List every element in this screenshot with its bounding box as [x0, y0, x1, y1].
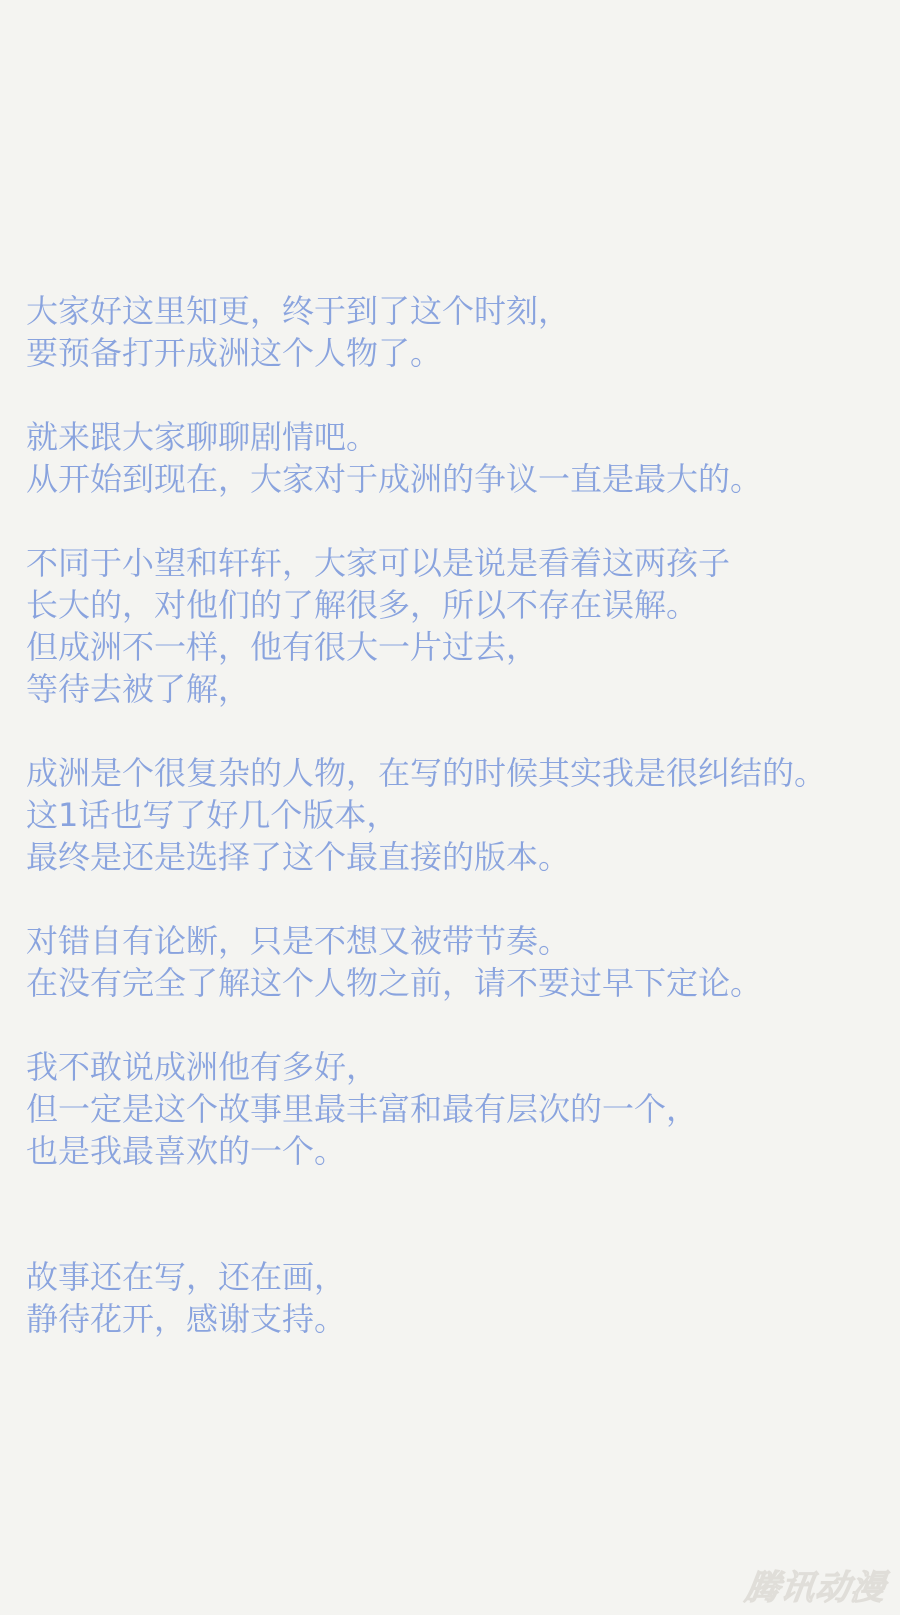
afterword-line: 要预备打开成洲这个人物了。 — [26, 332, 880, 374]
afterword-line: 长大的，对他们的了解很多，所以不存在误解。 — [26, 584, 880, 626]
afterword-line: 这1话也写了好几个版本， — [26, 794, 880, 836]
afterword-line: 不同于小望和轩轩，大家可以是说是看着这两孩子 — [26, 542, 880, 584]
afterword-line: 成洲是个很复杂的人物，在写的时候其实我是很纠结的。 — [26, 752, 880, 794]
afterword-line: 等待去被了解， — [26, 668, 880, 710]
afterword-line: 大家好这里知更，终于到了这个时刻， — [26, 290, 880, 332]
afterword-line: 从开始到现在，大家对于成洲的争议一直是最大的。 — [26, 458, 880, 500]
paragraph-favorite: 我不敢说成洲他有多好， 但一定是这个故事里最丰富和最有层次的一个， 也是我最喜欢… — [26, 1046, 880, 1172]
paragraph-closing: 故事还在写，还在画， 静待花开，感谢支持。 — [26, 1256, 880, 1340]
paragraph-intro: 大家好这里知更，终于到了这个时刻， 要预备打开成洲这个人物了。 — [26, 290, 880, 374]
afterword-line: 故事还在写，还在画， — [26, 1256, 880, 1298]
afterword-line: 也是我最喜欢的一个。 — [26, 1130, 880, 1172]
afterword-line: 但成洲不一样，他有很大一片过去， — [26, 626, 880, 668]
author-afterword-text: 大家好这里知更，终于到了这个时刻， 要预备打开成洲这个人物了。 就来跟大家聊聊剧… — [26, 290, 880, 1340]
afterword-line: 但一定是这个故事里最丰富和最有层次的一个， — [26, 1088, 880, 1130]
afterword-line: 静待花开，感谢支持。 — [26, 1298, 880, 1340]
afterword-line: 在没有完全了解这个人物之前，请不要过早下定论。 — [26, 962, 880, 1004]
afterword-line: 最终是还是选择了这个最直接的版本。 — [26, 836, 880, 878]
paragraph-judgement: 对错自有论断，只是不想又被带节奏。 在没有完全了解这个人物之前，请不要过早下定论… — [26, 920, 880, 1004]
paragraph-plot-talk: 就来跟大家聊聊剧情吧。 从开始到现在，大家对于成洲的争议一直是最大的。 — [26, 416, 880, 500]
afterword-line: 对错自有论断，只是不想又被带节奏。 — [26, 920, 880, 962]
afterword-line: 就来跟大家聊聊剧情吧。 — [26, 416, 880, 458]
paragraph-character-contrast: 不同于小望和轩轩，大家可以是说是看着这两孩子 长大的，对他们的了解很多，所以不存… — [26, 542, 880, 710]
afterword-line: 我不敢说成洲他有多好， — [26, 1046, 880, 1088]
paragraph-writing-process: 成洲是个很复杂的人物，在写的时候其实我是很纠结的。 这1话也写了好几个版本， 最… — [26, 752, 880, 878]
tencent-comics-logo: 腾讯动漫 — [743, 1560, 890, 1609]
